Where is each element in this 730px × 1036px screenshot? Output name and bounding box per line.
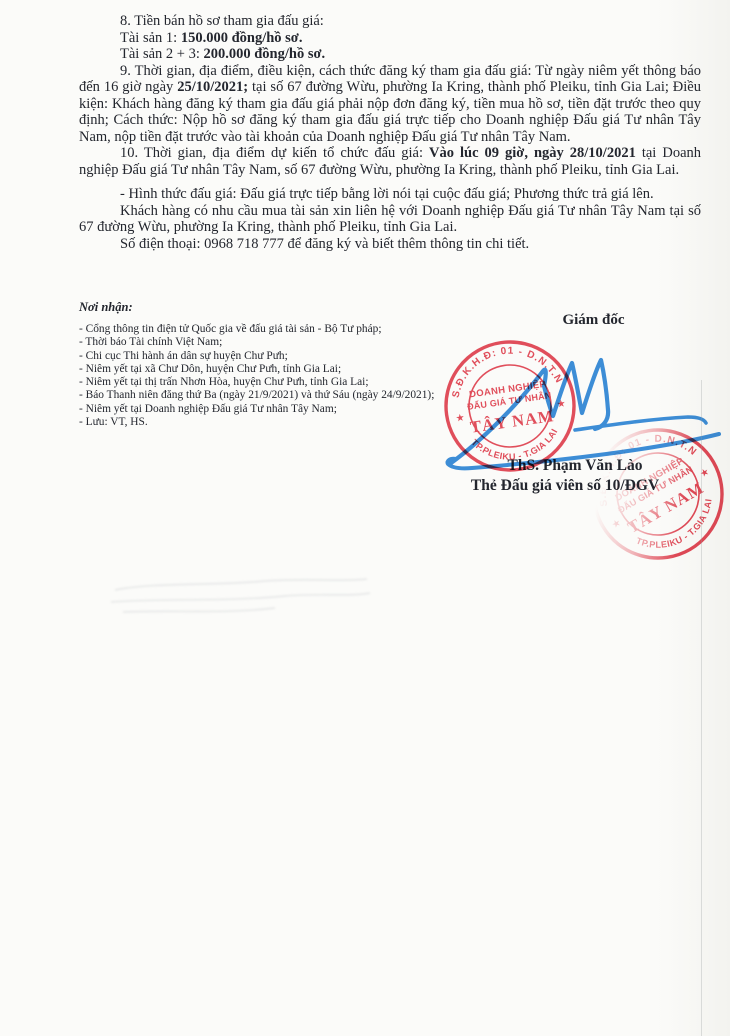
asset23-fee-value: 200.000 đồng/hồ sơ. [203,46,325,62]
seal-left-star-icon: ★ [455,412,465,424]
asset1-fee-line: Tài sản 1: 150.000 đồng/hồ sơ. [79,30,701,47]
asset1-label: Tài sản 1: [120,30,181,46]
section9-deadline-date: 25/10/2021; [177,79,248,95]
company-seal-stamp-faded: S.Đ.K.H.Đ: 01 - D.N.T.N TP.PLEIKU - T.GI… [583,419,730,569]
auction-form-line: - Hình thức đấu giá: Đấu giá trực tiếp b… [79,186,701,203]
recipients-heading: Nơi nhận: [79,300,509,315]
document-body: 8. Tiền bán hồ sơ tham gia đấu giá: Tài … [79,13,701,252]
faint-pencil-smudge [105,572,375,620]
section9-paragraph: 9. Thời gian, địa điểm, điều kiện, cách … [79,63,701,146]
asset1-fee-value: 150.000 đồng/hồ sơ. [181,30,303,46]
phone-line: Số điện thoại: 0968 718 777 để đăng ký v… [79,236,701,253]
section10-paragraph: 10. Thời gian, địa điểm dự kiến tổ chức … [79,145,701,178]
scanned-auction-notice-page: 8. Tiền bán hồ sơ tham gia đấu giá: Tài … [0,0,730,1036]
signer-role-title: Giám đốc [536,312,651,329]
section10-auction-datetime: Vào lúc 09 giờ, ngày 28/10/2021 [429,145,636,161]
secondary-seal-impression: S.Đ.K.H.Đ: 01 - D.N.T.N TP.PLEIKU - T.GI… [583,419,730,569]
section8-heading: 8. Tiền bán hồ sơ tham gia đấu giá: [79,13,701,30]
section10-text-pre: 10. Thời gian, địa điểm dự kiến tổ chức … [120,145,429,161]
scan-artifact-line [701,380,702,1036]
seal-right-star-icon: ★ [556,398,566,410]
contact-paragraph: Khách hàng có nhu cầu mua tài sản xin li… [79,203,701,236]
seal-left-star-icon: ★ [610,517,623,531]
asset23-fee-line: Tài sản 2 + 3: 200.000 đồng/hồ sơ. [79,46,701,63]
company-seal-stamp: S.Đ.K.H.Đ: 01 - D.N.T.N TP.PLEIKU - T.GI… [435,331,585,481]
asset23-label: Tài sản 2 + 3: [120,46,203,62]
